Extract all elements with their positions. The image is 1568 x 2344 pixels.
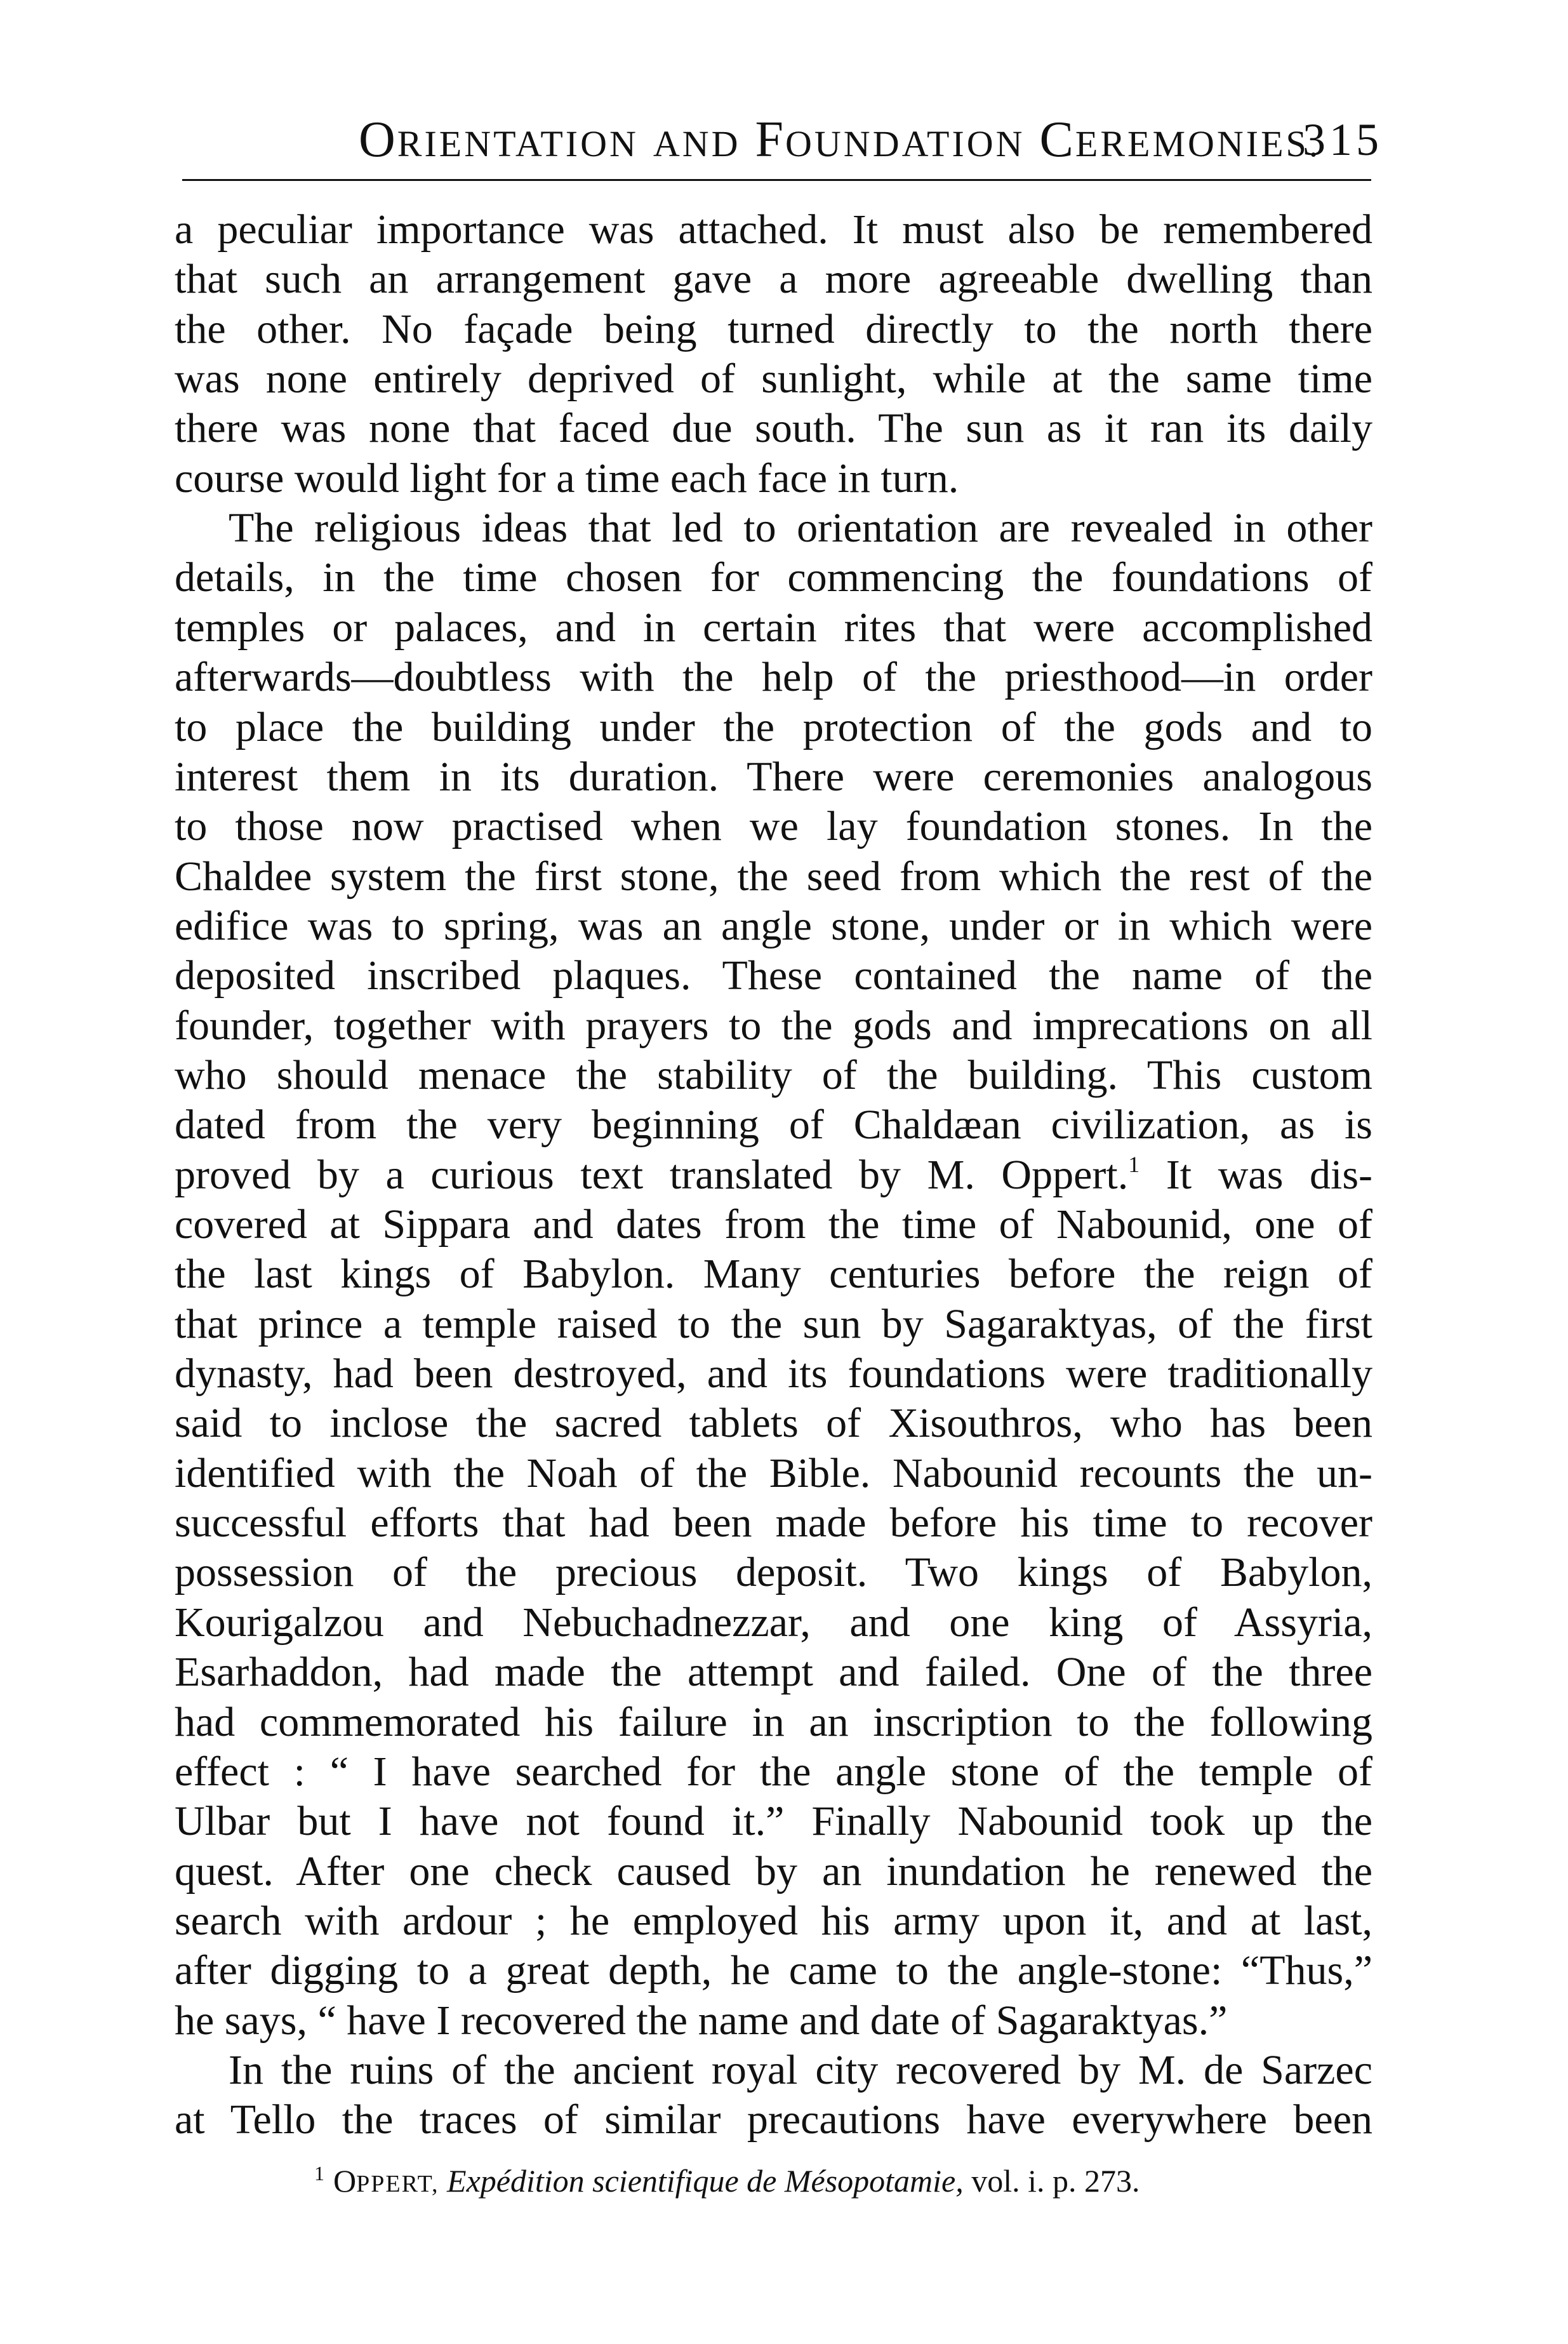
line-text: search with ardour ; he employed his arm… [175,1898,1372,1944]
line-text: In the ruins of the ancient royal city r… [229,2047,1372,2093]
text-line: Esarhaddon, had made the attempt and fai… [175,1648,1372,1697]
page-number: 315 [1303,111,1372,168]
text-line-content: had commemorated his failure in an inscr… [175,1698,1372,1747]
line-text: a peculiar importance was attached. It m… [175,206,1372,253]
line-text: identified with the Noah of the Bible. N… [175,1450,1372,1496]
text-line: The religious ideas that led to orientat… [229,503,1372,553]
line-text: he says, “ have I recovered the name and… [175,1997,1227,2044]
line-text: there was none that faced due south. The… [175,405,1372,451]
text-line-content: effect : “ I have searched for the angle… [175,1747,1372,1797]
footnote-mark: 1 [314,2162,324,2185]
book-page: ORIENTATION AND FOUNDATION CEREMONIES. 3… [0,0,1568,2344]
text-line-content: dated from the very beginning of Chaldæa… [175,1100,1372,1150]
text-line: Ulbar but I have not found it.” Finally … [175,1797,1372,1846]
text-line-content: temples or palaces, and in certain rites… [175,603,1372,653]
text-line-content: the other. No façade being turned direct… [175,305,1372,354]
text-line: temples or palaces, and in certain rites… [175,603,1372,653]
line-text: founder, together with prayers to the go… [175,1002,1372,1049]
text-line-content: founder, together with prayers to the go… [175,1001,1372,1051]
line-text: after digging to a great depth, he came … [175,1947,1372,1994]
text-line-content: Kourigalzou and Nebuchadnezzar, and one … [175,1598,1372,1648]
text-line-content: Esarhaddon, had made the attempt and fai… [175,1648,1372,1697]
text-line-content: quest. After one check caused by an inun… [175,1847,1372,1896]
text-line-content: Chaldee system the first stone, the seed… [175,852,1372,902]
footnote-title: Expédition scientifique de Mésopotamie, [447,2163,964,2199]
text-line: to those now practised when we lay found… [175,802,1372,851]
text-line: Chaldee system the first stone, the seed… [175,852,1372,902]
text-line-content: to those now practised when we lay found… [175,802,1372,851]
line-text: the last kings of Babylon. Many centurie… [175,1251,1372,1297]
line-text: edifice was to spring, was an angle ston… [175,903,1372,949]
text-line-content: In the ruins of the ancient royal city r… [229,2046,1372,2095]
header-rule [182,179,1371,181]
line-text: at Tello the traces of similar precautio… [175,2096,1372,2143]
text-line: was none entirely deprived of sunlight, … [175,354,1372,404]
line-text: Kourigalzou and Nebuchadnezzar, and one … [175,1599,1372,1646]
line-text: dynasty, had been destroyed, and its fou… [175,1350,1372,1397]
text-line: the other. No façade being turned direct… [175,305,1372,354]
line-text: successful efforts that had been made be… [175,1500,1372,1546]
text-line: covered at Sippara and dates from the ti… [175,1200,1372,1249]
line-text: to place the building under the protecti… [175,704,1372,750]
text-line-content: that such an arrangement gave a more agr… [175,255,1372,304]
text-line-content: edifice was to spring, was an angle ston… [175,902,1372,951]
text-line: identified with the Noah of the Bible. N… [175,1449,1372,1498]
text-line-content: was none entirely deprived of sunlight, … [175,354,1372,404]
line-text: temples or palaces, and in certain rites… [175,604,1372,651]
text-line-content: that prince a temple raised to the sun b… [175,1300,1372,1349]
text-line: course would light for a time each face … [175,454,1372,503]
line-text: interest them in its duration. There wer… [175,754,1372,800]
text-line-content: interest them in its duration. There wer… [175,752,1372,802]
text-line-content: who should menace the stability of the b… [175,1051,1372,1100]
text-line: afterwards—doubtless with the help of th… [175,653,1372,702]
text-line: a peculiar importance was attached. It m… [175,205,1372,255]
line-text: dated from the very beginning of Chaldæa… [175,1102,1372,1148]
text-line: the last kings of Babylon. Many centurie… [175,1249,1372,1299]
text-line: said to inclose the sacred tablets of Xi… [175,1399,1372,1448]
text-line-content: Ulbar but I have not found it.” Finally … [175,1797,1372,1846]
text-line: Kourigalzou and Nebuchadnezzar, and one … [175,1598,1372,1648]
text-line: interest them in its duration. There wer… [175,752,1372,802]
text-line-content: details, in the time chosen for commenci… [175,553,1372,603]
text-line-content: to place the building under the protecti… [175,703,1372,752]
line-text: It was dis- [1139,1152,1372,1198]
text-line: details, in the time chosen for commenci… [175,553,1372,603]
text-line: at Tello the traces of similar precautio… [175,2095,1372,2145]
text-line-content: successful efforts that had been made be… [175,1498,1372,1548]
footnote-reference-mark[interactable]: 1 [1128,1152,1139,1177]
text-line-content: The religious ideas that led to orientat… [229,503,1372,553]
line-text: proved by a curious text translated by M… [175,1152,1128,1198]
line-text: had commemorated his failure in an inscr… [175,1699,1372,1745]
line-text: The religious ideas that led to orientat… [229,505,1372,551]
line-text: was none entirely deprived of sunlight, … [175,356,1372,402]
line-text: course would light for a time each face … [175,455,959,502]
text-line: deposited inscribed plaques. These conta… [175,951,1372,1001]
footnote-reference: vol. i. p. 273. [971,2163,1139,2199]
text-line-content: possession of the precious deposit. Two … [175,1548,1372,1597]
running-head-word: ORIENTATION [359,112,639,168]
line-text: Esarhaddon, had made the attempt and fai… [175,1649,1372,1695]
line-text: said to inclose the sacred tablets of Xi… [175,1400,1372,1446]
line-text: Chaldee system the first stone, the seed… [175,853,1372,900]
text-line-content: a peculiar importance was attached. It m… [175,205,1372,255]
text-line-content: deposited inscribed plaques. These conta… [175,951,1372,1001]
text-line-content: afterwards—doubtless with the help of th… [175,653,1372,702]
line-text: who should menace the stability of the b… [175,1052,1372,1098]
text-line-content: covered at Sippara and dates from the ti… [175,1200,1372,1249]
line-text: details, in the time chosen for commenci… [175,554,1372,601]
line-text: possession of the precious deposit. Two … [175,1549,1372,1595]
text-line: that such an arrangement gave a more agr… [175,255,1372,304]
footnote-author: OPPERT, [333,2163,439,2199]
text-line-content: said to inclose the sacred tablets of Xi… [175,1399,1372,1448]
text-line-content: proved by a curious text translated by M… [175,1150,1372,1200]
text-line-content: identified with the Noah of the Bible. N… [175,1449,1372,1498]
text-line: possession of the precious deposit. Two … [175,1548,1372,1597]
text-line-content: he says, “ have I recovered the name and… [175,1996,1372,2046]
text-line-content: dynasty, had been destroyed, and its fou… [175,1349,1372,1399]
text-line: after digging to a great depth, he came … [175,1946,1372,1995]
footnote: 1OPPERT, Expédition scientifique de Méso… [314,2151,1241,2206]
running-head-word: FOUNDATION [755,112,1025,168]
line-text: that prince a temple raised to the sun b… [175,1301,1372,1347]
text-line: edifice was to spring, was an angle ston… [175,902,1372,951]
line-text: effect : “ I have searched for the angle… [175,1748,1372,1795]
line-text: deposited inscribed plaques. These conta… [175,952,1372,999]
running-head-word: CEREMONIES. [1040,112,1321,168]
line-text: the other. No façade being turned direct… [175,306,1372,352]
line-text: to those now practised when we lay found… [175,803,1372,849]
line-text: Ulbar but I have not found it.” Finally … [175,1798,1372,1844]
text-line-content: course would light for a time each face … [175,454,1372,503]
text-line: successful efforts that had been made be… [175,1498,1372,1548]
text-line: dated from the very beginning of Chaldæa… [175,1100,1372,1150]
text-line: to place the building under the protecti… [175,703,1372,752]
text-line: search with ardour ; he employed his arm… [175,1896,1372,1946]
running-head-title: ORIENTATION AND FOUNDATION CEREMONIES. [359,111,1184,168]
line-text: covered at Sippara and dates from the ti… [175,1201,1372,1248]
text-line: had commemorated his failure in an inscr… [175,1698,1372,1747]
text-line-content: there was none that faced due south. The… [175,404,1372,453]
text-line-content: at Tello the traces of similar precautio… [175,2095,1372,2145]
running-head-word: AND [653,112,741,168]
text-line-content: the last kings of Babylon. Many centurie… [175,1249,1372,1299]
text-line-content: after digging to a great depth, he came … [175,1946,1372,1995]
text-line: founder, together with prayers to the go… [175,1001,1372,1051]
line-text: afterwards—doubtless with the help of th… [175,654,1372,700]
text-line: there was none that faced due south. The… [175,404,1372,453]
text-line: that prince a temple raised to the sun b… [175,1300,1372,1349]
text-line: In the ruins of the ancient royal city r… [229,2046,1372,2095]
line-text: that such an arrangement gave a more agr… [175,256,1372,302]
text-line: he says, “ have I recovered the name and… [175,1996,1372,2046]
text-line: proved by a curious text translated by M… [175,1150,1372,1200]
text-line-content: search with ardour ; he employed his arm… [175,1896,1372,1946]
text-line: who should menace the stability of the b… [175,1051,1372,1100]
text-line: effect : “ I have searched for the angle… [175,1747,1372,1797]
line-text: quest. After one check caused by an inun… [175,1848,1372,1895]
text-line: dynasty, had been destroyed, and its fou… [175,1349,1372,1399]
text-line: quest. After one check caused by an inun… [175,1847,1372,1896]
